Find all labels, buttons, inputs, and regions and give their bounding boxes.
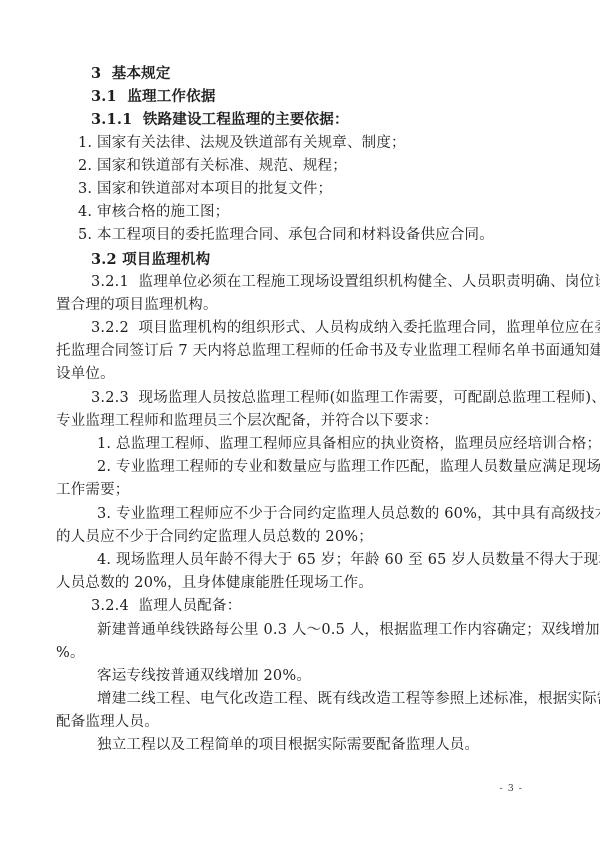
paragraph-line: 客运专线按普通双线增加 20%。 (56, 665, 534, 688)
list-item: 2. 国家和铁道部有关标准、规范、规程； (56, 155, 534, 178)
list-item: 1. 国家有关法律、法规及铁道部有关规章、制度； (56, 132, 534, 155)
page-number: - 3 - (499, 783, 523, 794)
list-item: 1. 总监理工程师、监理工程师应具备相应的执业资格，监理员应经培训合格； (56, 433, 534, 456)
paragraph-line: 增建二线工程、电气化改造工程、既有线改造工程等参照上述标准，根据实际需要 (56, 688, 534, 711)
clause-3-2-2-line: 3.2.2 项目监理机构的组织形式、人员构成纳入委托监理合同，监理单位应在委 (56, 317, 534, 340)
clause-3-2-3-line: 3.2.3 现场监理人员按总监理工程师(如监理工作需要，可配副总监理工程师)、 (56, 387, 534, 410)
clause-heading-3-2-4: 3.2.4 监理人员配备： (56, 595, 534, 618)
list-item: 4. 现场监理人员年龄不得大于 65 岁；年龄 60 至 65 岁人员数量不得大… (56, 549, 534, 572)
document-body: 3 基本规定 3.1 监理工作依据 3.1.1 铁路建设工程监理的主要依据： 1… (56, 62, 534, 758)
clause-3-2-3-line: 专业监理工程师和监理员三个层次配备，并符合以下要求： (56, 410, 534, 433)
clause-3-2-2-line: 设单位。 (56, 363, 534, 386)
paragraph-line: 新建普通单线铁路每公里 0.3 人～0.5 人，根据监理工作内容确定；双线增加 … (56, 619, 534, 642)
clause-3-2-1-line: 3.2.1 监理单位必须在工程施工现场设置组织机构健全、人员职责明确、岗位设 (56, 271, 534, 294)
document-page: 3 基本规定 3.1 监理工作依据 3.1.1 铁路建设工程监理的主要依据： 1… (0, 0, 600, 848)
list-item: 3. 国家和铁道部对本项目的批复文件； (56, 178, 534, 201)
section-heading-3-2: 3.2 项目监理机构 (56, 248, 534, 271)
list-item-continuation: 的人员应不少于合同约定监理人员总数的 20%； (56, 526, 534, 549)
paragraph-continuation: 配备监理人员。 (56, 711, 534, 734)
clause-3-2-2-line: 托监理合同签订后 7 天内将总监理工程师的任命书及专业监理工程师名单书面通知建 (56, 340, 534, 363)
clause-heading-3-1-1: 3.1.1 铁路建设工程监理的主要依据： (56, 108, 534, 131)
paragraph-continuation: %。 (56, 642, 534, 665)
list-item: 5. 本工程项目的委托监理合同、承包合同和材料设备供应合同。 (56, 224, 534, 247)
chapter-heading: 3 基本规定 (56, 62, 534, 85)
list-item: 2. 专业监理工程师的专业和数量应与监理工作匹配，监理人员数量应满足现场监理 (56, 456, 534, 479)
list-item-continuation: 工作需要； (56, 479, 534, 502)
list-item-continuation: 人员总数的 20%，且身体健康能胜任现场工作。 (56, 572, 534, 595)
list-item: 4. 审核合格的施工图； (56, 201, 534, 224)
paragraph-line: 独立工程以及工程简单的项目根据实际需要配备监理人员。 (56, 734, 534, 757)
clause-3-2-1-line: 置合理的项目监理机构。 (56, 294, 534, 317)
section-heading-3-1: 3.1 监理工作依据 (56, 85, 534, 108)
list-item: 3. 专业监理工程师应不少于合同约定监理人员总数的 60%，其中具有高级技术职称 (56, 503, 534, 526)
